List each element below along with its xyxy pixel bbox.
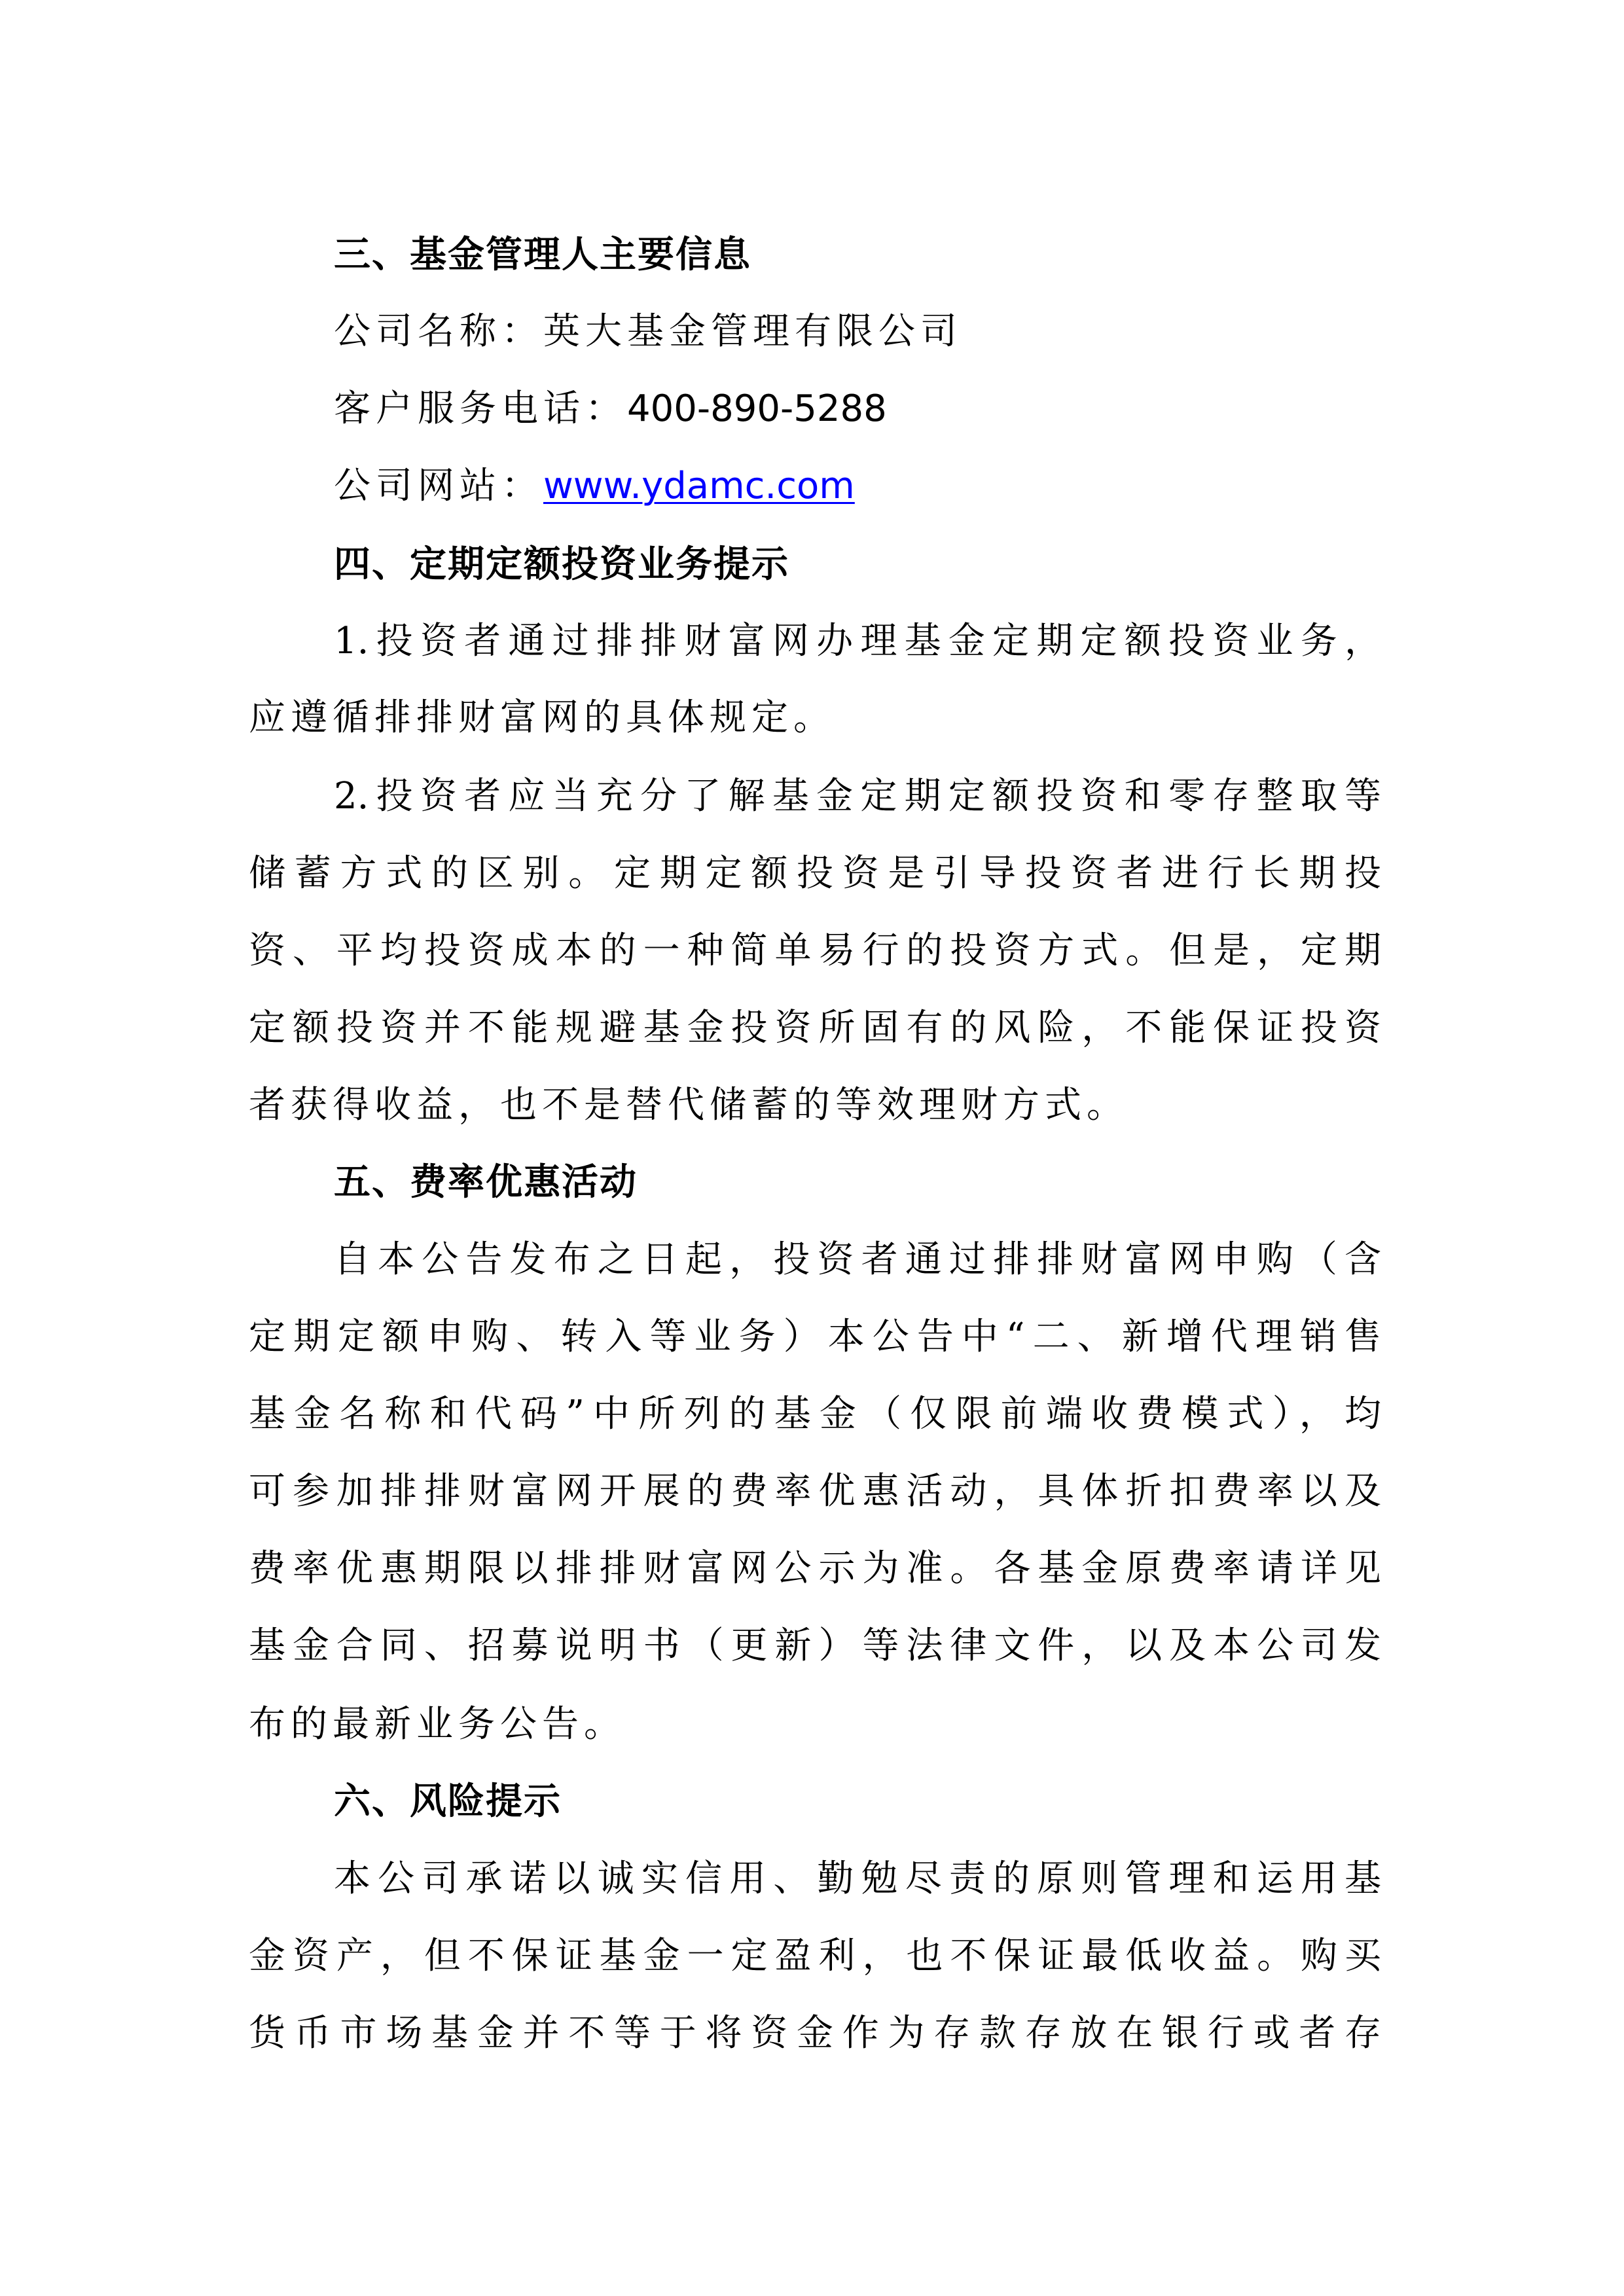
paragraph-line: 本公司承诺以诚实信用、勤勉尽责的原则管理和运用基: [334, 1850, 1381, 1909]
paragraph-line: 储蓄方式的区别。定期定额投资是引导投资者进行长期投: [249, 844, 1381, 903]
section-heading-fee-discount: 五、费率优惠活动: [334, 1153, 1381, 1212]
company-name-value: 英大基金管理有限公司: [543, 310, 962, 353]
paragraph-line: 定额投资并不能规避基金投资所固有的风险，不能保证投资: [249, 999, 1381, 1058]
paragraph-line: 2.投资者应当充分了解基金定期定额投资和零存整取等: [334, 767, 1381, 826]
website-label: 公司网站：: [334, 465, 543, 507]
phone-value: 400-890-5288: [627, 387, 887, 430]
paragraph-line: 1.投资者通过排排财富网办理基金定期定额投资业务，: [334, 612, 1381, 671]
paragraph-line: 基金合同、招募说明书（更新）等法律文件，以及本公司发: [249, 1617, 1381, 1676]
phone-row: 客户服务电话：400-890-5288: [334, 380, 1381, 439]
paragraph-line: 自本公告发布之日起，投资者通过排排财富网申购（含: [334, 1230, 1381, 1289]
paragraph-line: 定期定额申购、转入等业务）本公告中“二、新增代理销售: [249, 1308, 1381, 1367]
paragraph-line: 货币市场基金并不等于将资金作为存款存放在银行或者存: [249, 2004, 1381, 2063]
section-heading-risk-warning: 六、风险提示: [334, 1772, 1381, 1831]
paragraph-line: 费率优惠期限以排排财富网公示为准。各基金原费率请详见: [249, 1539, 1381, 1598]
phone-label: 客户服务电话：: [334, 387, 627, 430]
section-heading-manager-info: 三、基金管理人主要信息: [334, 226, 1381, 285]
section-heading-regular-investment: 四、定期定额投资业务提示: [334, 535, 1381, 594]
company-name-row: 公司名称：英大基金管理有限公司: [334, 302, 1381, 361]
paragraph-line: 者获得收益，也不是替代储蓄的等效理财方式。: [249, 1076, 1381, 1135]
paragraph-line: 应遵循排排财富网的具体规定。: [249, 689, 1381, 747]
company-name-label: 公司名称：: [334, 310, 543, 353]
website-row: 公司网站：www.ydamc.com: [334, 457, 1381, 516]
paragraph-line: 金资产，但不保证基金一定盈利，也不保证最低收益。购买: [249, 1927, 1381, 1986]
paragraph-line: 基金名称和代码”中所列的基金（仅限前端收费模式），均: [249, 1385, 1381, 1444]
paragraph-line: 布的最新业务公告。: [249, 1695, 1381, 1754]
document-page: 三、基金管理人主要信息 公司名称：英大基金管理有限公司 客户服务电话：400-8…: [0, 0, 1624, 2296]
paragraph-line: 资、平均投资成本的一种简单易行的投资方式。但是，定期: [249, 922, 1381, 980]
website-link[interactable]: www.ydamc.com: [543, 465, 855, 507]
paragraph-line: 可参加排排财富网开展的费率优惠活动，具体折扣费率以及: [249, 1462, 1381, 1521]
